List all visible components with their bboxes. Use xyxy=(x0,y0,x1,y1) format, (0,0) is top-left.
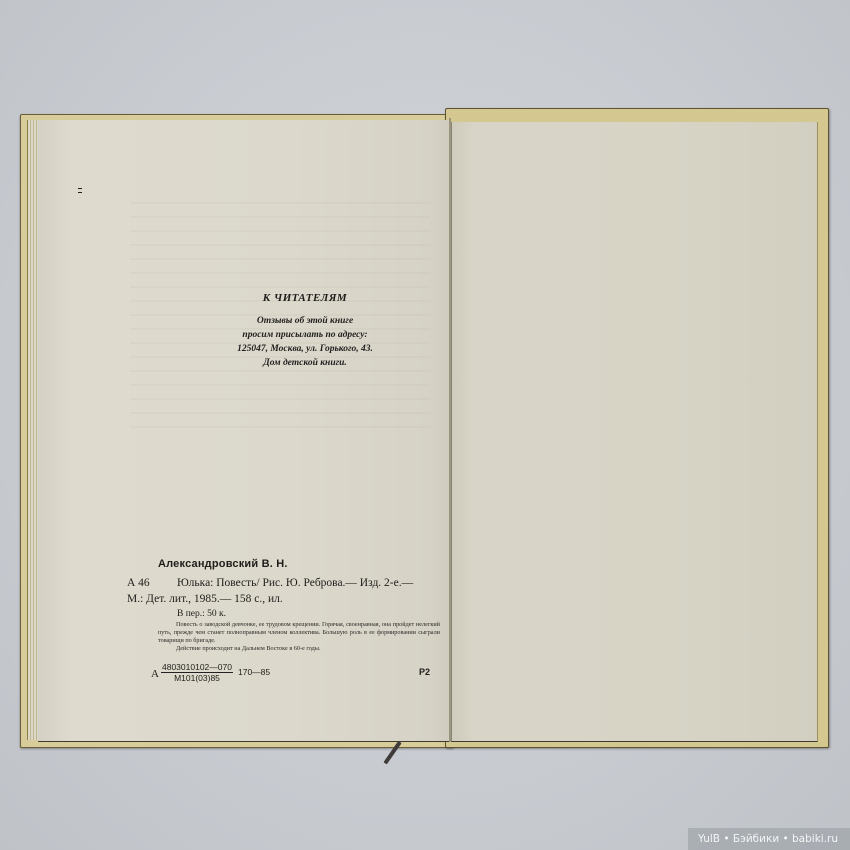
catalog-title-line-2: М.: Дет. лит., 1985.— 158 с., ил. xyxy=(127,593,283,605)
catalog-library-code: А 46 xyxy=(127,577,150,589)
index-tail: 170—85 xyxy=(238,667,270,677)
index-numerator: 4803010102—070 xyxy=(161,662,233,673)
readers-notice-title: К ЧИТАТЕЛЯМ xyxy=(210,292,400,304)
index-denominator: М101(03)85 xyxy=(161,673,233,684)
catalog-title-line-1: Юлька: Повесть/ Рис. Ю. Реброва.— Изд. 2… xyxy=(177,577,413,589)
right-page xyxy=(451,122,818,742)
printer-mark-icon xyxy=(78,188,82,193)
readers-notice-line: Дом детской книги. xyxy=(210,356,400,370)
bbk-code: Р2 xyxy=(419,667,430,677)
readers-notice-body: Отзывы об этой книге просим присылать по… xyxy=(210,314,400,370)
book-spine xyxy=(449,118,451,742)
readers-notice-line: Отзывы об этой книге xyxy=(210,314,400,328)
readers-notice-line: 125047, Москва, ул. Горького, 43. xyxy=(210,342,400,356)
catalog-price: В пер.: 50 к. xyxy=(177,609,226,619)
watermark: YulB • Бэйбики • babiki.ru xyxy=(688,828,850,850)
annotation-paragraph: Повесть о заводской девчонке, ее трудово… xyxy=(158,621,440,645)
annotation-paragraph: Действие происходит на Дальнем Востоке в… xyxy=(158,645,440,653)
index-fraction: 4803010102—070 М101(03)85 xyxy=(161,662,233,684)
catalog-annotation: Повесть о заводской девчонке, ее трудово… xyxy=(158,621,440,653)
catalog-author: Александровский В. Н. xyxy=(158,558,288,570)
readers-notice-line: просим присылать по адресу: xyxy=(210,328,400,342)
index-letter: А xyxy=(151,668,159,680)
